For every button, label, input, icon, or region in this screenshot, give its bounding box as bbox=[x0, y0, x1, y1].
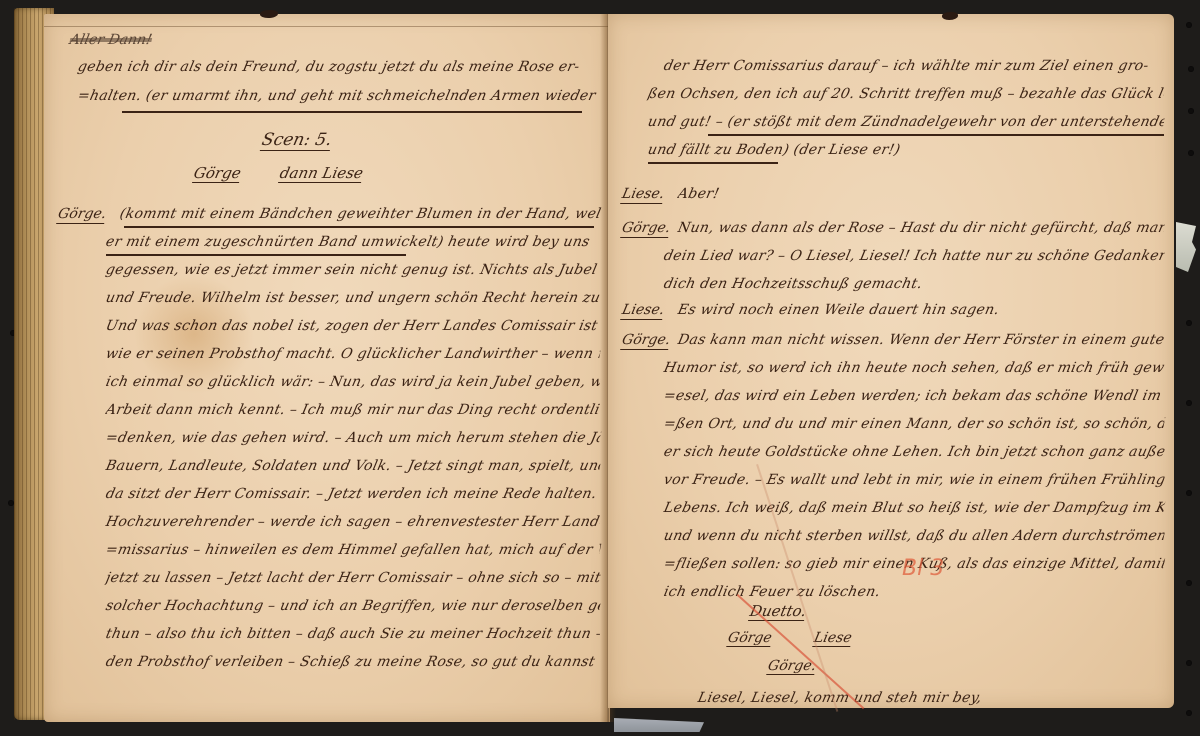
stage-direction-underline bbox=[124, 226, 594, 228]
page-border-line bbox=[44, 26, 610, 27]
perforation-hole bbox=[1188, 66, 1194, 72]
dialogue-line: Arbeit dann mich kennt. – Ich muß mir nu… bbox=[104, 402, 601, 418]
stage-direction-underline bbox=[106, 254, 406, 256]
dialogue-line: =esel, das wird ein Leben werden; ich be… bbox=[662, 388, 1165, 404]
speaker-label-liese: Liese. bbox=[620, 302, 666, 320]
dialogue-line: jetzt zu lassen – Jetzt lacht der Herr C… bbox=[104, 570, 601, 586]
dialogue-line: =ßen Ort, und du und mir einen Mann, der… bbox=[662, 416, 1165, 432]
dialogue-line: Nun, was dann als der Rose – Hast du dir… bbox=[676, 220, 1165, 236]
dialogue-line: (kommt mit einem Bändchen geweihter Blum… bbox=[118, 206, 601, 222]
dialogue-line: und wenn du nicht sterben willst, daß du… bbox=[662, 528, 1165, 544]
perforation-hole bbox=[1186, 320, 1192, 326]
perforation-hole bbox=[1186, 660, 1192, 666]
right-page: der Herr Comissarius darauf – ich wählte… bbox=[608, 14, 1174, 708]
dialogue-line: Aber! bbox=[676, 186, 1159, 202]
ink-blot bbox=[942, 12, 958, 20]
binding-tape bbox=[614, 718, 704, 732]
dialogue-line: thun – also thu ich bitten – daß auch Si… bbox=[104, 626, 601, 642]
red-pencil-folio-mark: Bl 3 bbox=[902, 556, 944, 581]
paper-scrap-tab bbox=[1176, 222, 1196, 272]
dialogue-line: Bauern, Landleute, Soldaten und Volk. – … bbox=[104, 458, 601, 474]
text-line: =halten. (er umarmt ihn, und geht mit sc… bbox=[76, 88, 599, 104]
dialogue-line: Hochzuverehrender – werde ich sagen – eh… bbox=[104, 514, 601, 530]
dialogue-line: solcher Hochachtung – und ich an Begriff… bbox=[104, 598, 601, 614]
duet-character-liese: Liese bbox=[812, 630, 853, 647]
dialogue-line: ich einmal so glücklich wär: – Nun, das … bbox=[104, 374, 601, 390]
perforation-hole bbox=[1186, 710, 1192, 716]
dialogue-line: da sitzt der Herr Comissair. – Jetzt wer… bbox=[104, 486, 601, 502]
dialogue-line: Und was schon das nobel ist, zogen der H… bbox=[104, 318, 601, 334]
speaker-label: Görge. bbox=[56, 206, 108, 224]
stage-direction-underline bbox=[708, 134, 1164, 136]
text-line: geben ich dir als dein Freund, du zogstu… bbox=[76, 59, 599, 75]
perforation-hole bbox=[1186, 580, 1192, 586]
text-line: und gut! – (er stößt mit dem Zündnadelge… bbox=[646, 114, 1165, 130]
dialogue-line: =missarius – hinweilen es dem Himmel gef… bbox=[104, 542, 601, 558]
dialogue-line: =denken, wie das gehen wird. – Auch um m… bbox=[104, 430, 601, 446]
dialogue-line: dich den Hochzeitsschuß gemacht. bbox=[662, 276, 1165, 292]
text-line: ßen Ochsen, den ich auf 20. Schritt tref… bbox=[646, 86, 1165, 102]
duet-character-gorge: Görge bbox=[726, 630, 773, 647]
dialogue-line: und Freude. Wilhelm ist besser, und unge… bbox=[104, 290, 601, 306]
dialogue-line: gegessen, wie es jetzt immer sein nicht … bbox=[104, 262, 601, 278]
scene-heading: Scen: 5. bbox=[260, 130, 334, 151]
dialogue-line: er sich heute Goldstücke ohne Lehen. Ich… bbox=[662, 444, 1165, 460]
speaker-label-liese: Liese. bbox=[620, 186, 666, 204]
dialogue-line: Lebens. Ich weiß, daß mein Blut so heiß … bbox=[662, 500, 1165, 516]
perforation-hole bbox=[1188, 108, 1194, 114]
dialogue-line: wie er seinen Probsthof macht. O glückli… bbox=[104, 346, 601, 362]
dialogue-line: den Probsthof verleiben – Schieß zu mein… bbox=[104, 654, 601, 670]
perforation-hole bbox=[1188, 150, 1194, 156]
dialogue-line: vor Freude. – Es wallt und lebt in mir, … bbox=[662, 472, 1165, 488]
perforation-hole bbox=[1186, 22, 1192, 28]
perforation-hole bbox=[1186, 400, 1192, 406]
dialogue-line: Das kann man nicht wissen. Wenn der Herr… bbox=[676, 332, 1165, 348]
text-line: und fällt zu Boden) (der Liese er!) bbox=[646, 142, 1165, 158]
dialogue-line: dein Lied war? – O Liesel, Liesel! Ich h… bbox=[662, 248, 1165, 264]
speaker-label-gorge: Görge. bbox=[620, 220, 672, 238]
perforation-hole bbox=[1186, 490, 1192, 496]
dialogue-line: Humor ist, so werd ich ihn heute noch se… bbox=[662, 360, 1165, 376]
duet-lyric-line: Liesel, Liesel, komm und steh mir bey, bbox=[696, 690, 1119, 706]
text-line: der Herr Comissarius darauf – ich wählte… bbox=[662, 58, 1165, 74]
dialogue-line: er mit einem zugeschnürten Band umwickel… bbox=[104, 234, 601, 250]
speaker-label-gorge: Görge. bbox=[620, 332, 672, 350]
left-page: Aller Dann! geben ich dir als dein Freun… bbox=[44, 14, 610, 722]
ink-blot bbox=[260, 10, 278, 18]
dialogue-line: Es wird noch einen Weile dauert hin sage… bbox=[676, 302, 1159, 318]
stage-direction-underline bbox=[122, 111, 582, 113]
dialogue-line: ich endlich Feuer zu löschen. bbox=[662, 584, 1165, 600]
struck-heading: Aller Dann! bbox=[68, 32, 153, 48]
scene-character-gorge: Görge bbox=[192, 164, 243, 183]
stage-direction-underline bbox=[648, 162, 778, 164]
scene-character-liese: dann Liese bbox=[278, 164, 365, 183]
